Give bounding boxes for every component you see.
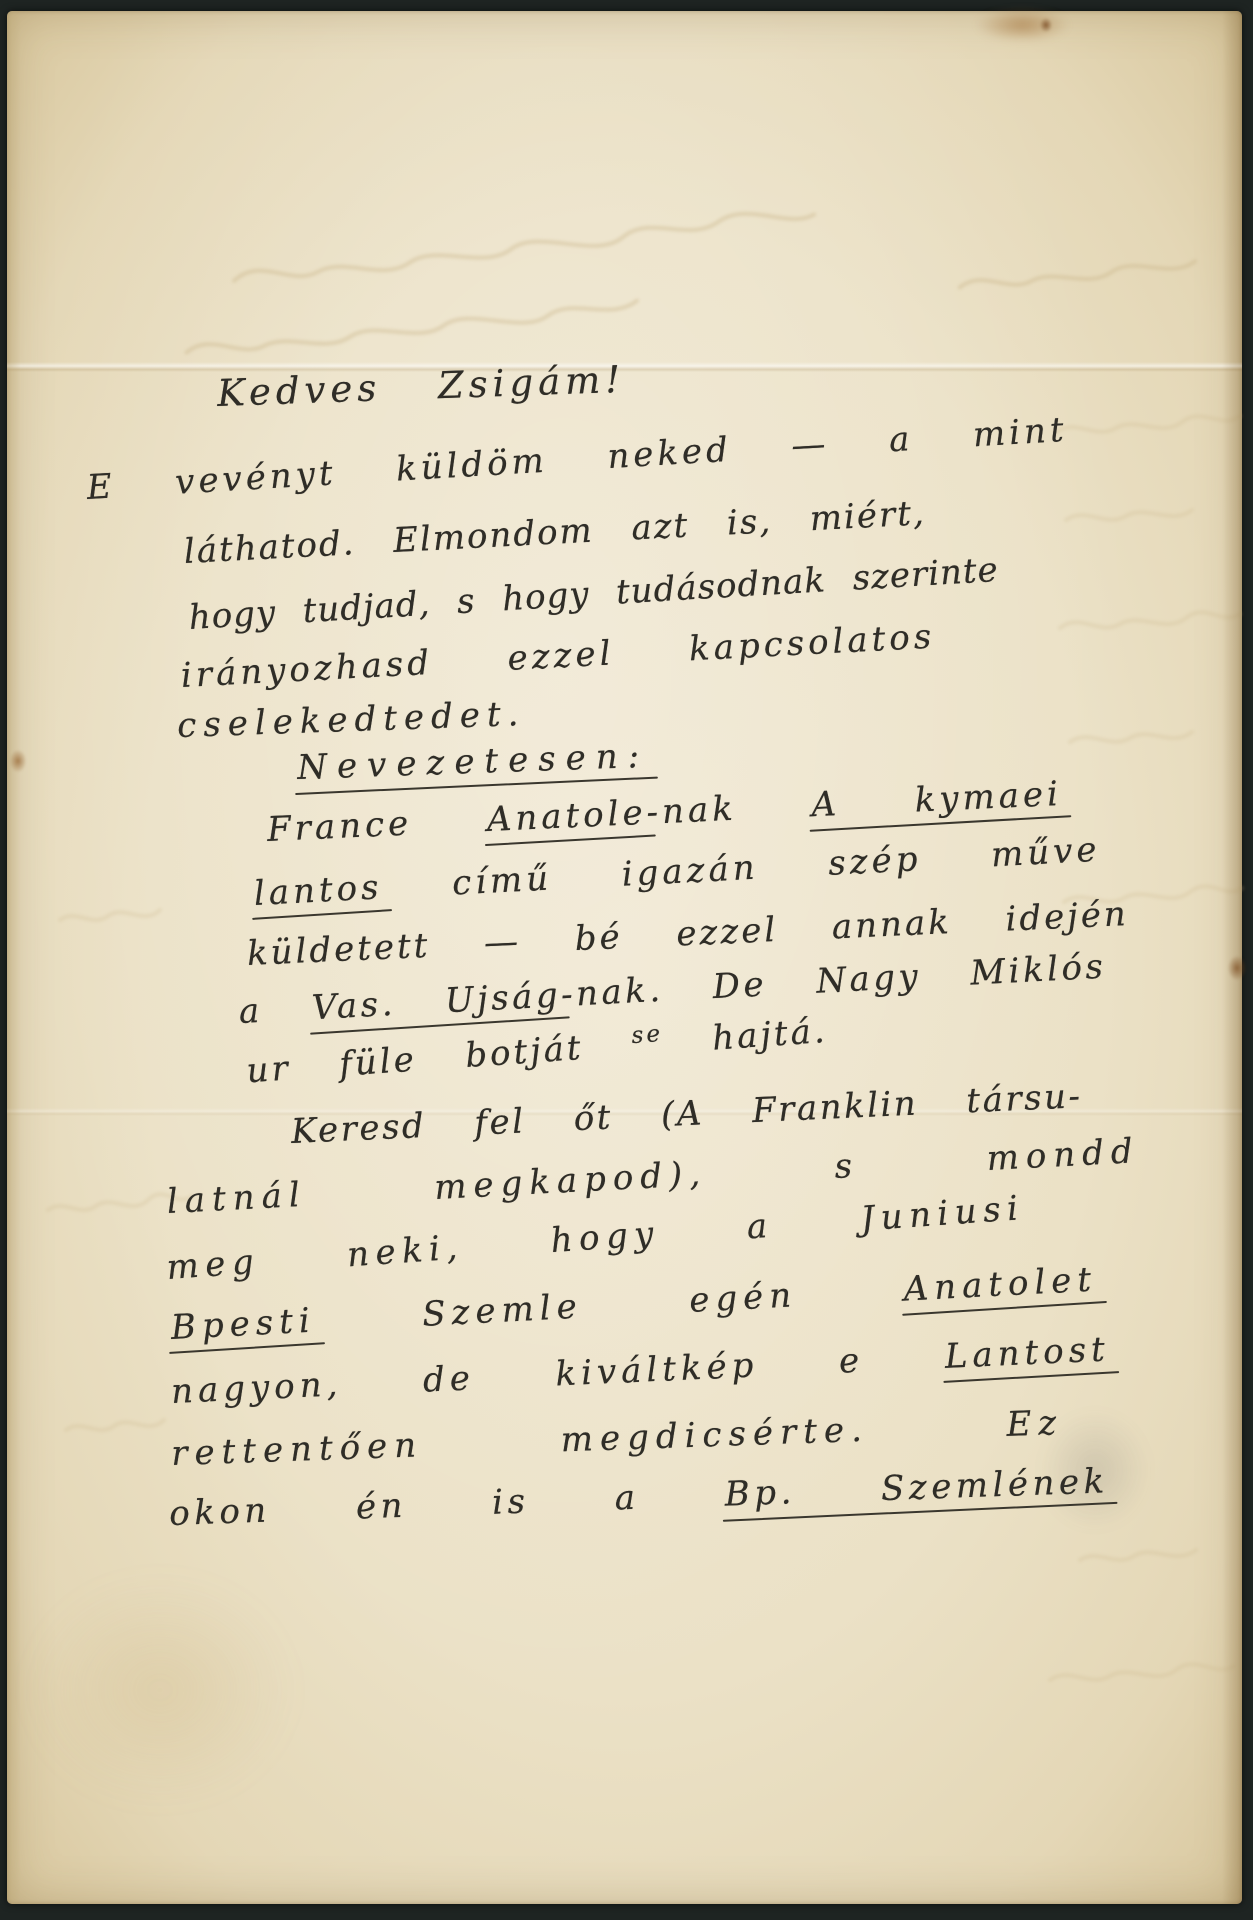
text-segment: se	[631, 1021, 664, 1049]
paper-left-edge-wear	[7, 11, 21, 1904]
paper-right-edge-shadow	[1222, 11, 1242, 1904]
underlined-text: Bpesti	[170, 1300, 317, 1348]
text-segment: -nak	[646, 785, 813, 832]
underlined-text: Lantost	[944, 1329, 1111, 1376]
underlined-text: lantos	[253, 867, 384, 914]
text-segment: a	[238, 988, 313, 1032]
underlined-text: Anatole	[486, 793, 648, 840]
